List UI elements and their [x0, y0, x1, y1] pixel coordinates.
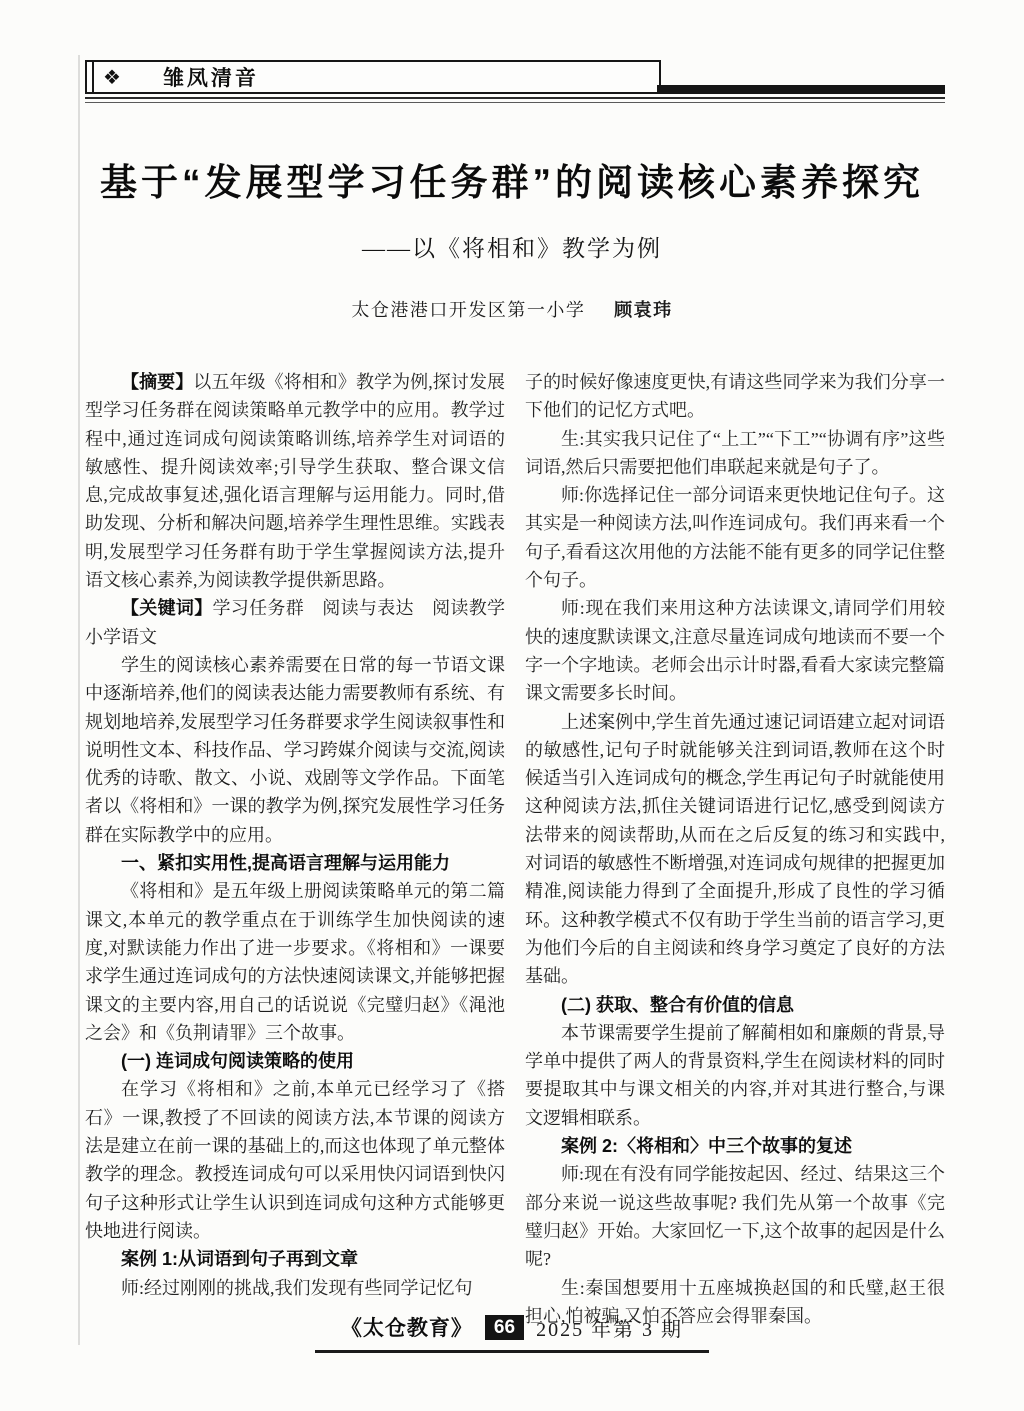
diamond-ornament-icon: ❖	[103, 67, 121, 87]
abstract-label: 【摘要】	[121, 372, 193, 392]
abstract-paragraph: 【摘要】以五年级《将相和》教学为例,探讨发展型学习任务群在阅读策略单元教学中的应…	[85, 368, 505, 594]
footer-line: 《太仓教育》 66 2025 年第 3 期	[315, 1312, 709, 1353]
section-1-2-heading: (二) 获取、整合有价值的信息	[525, 991, 945, 1019]
journal-page: ❖ 雏凤清音 基于“发展型学习任务群”的阅读核心素养探究 ——以《将相和》教学为…	[0, 0, 1024, 1411]
case-1-teacher-dialogue-continued: 子的时候好像速度更快,有请这些同学来为我们分享一下他们的记忆方式吧。	[525, 368, 945, 425]
case-1-heading: 案例 1:从词语到句子再到文章	[85, 1245, 505, 1273]
intro-paragraph: 学生的阅读核心素养需要在日常的每一节语文课中逐渐培养,他们的阅读表达能力需要教师…	[85, 651, 505, 849]
header-rule-top	[85, 97, 945, 99]
case-2-teacher-dialogue: 师:现在有没有同学能按起因、经过、结果这三个部分来说一说这些故事呢? 我们先从第…	[525, 1160, 945, 1273]
keywords-label: 【关键词】	[121, 598, 213, 618]
issue-label: 2025 年第 3 期	[536, 1313, 683, 1342]
author-affiliation: 太仓港港口开发区第一小学	[351, 300, 585, 320]
header-thick-bar	[657, 85, 945, 94]
right-column: 子的时候好像速度更快,有请这些同学来为我们分享一下他们的记忆方式吧。 生:其实我…	[525, 368, 945, 1330]
case-1-analysis-paragraph: 上述案例中,学生首先通过速记词语建立起对词语的敏感性,记句子时就能够关注到词语,…	[525, 708, 945, 991]
article-title: 基于“发展型学习任务群”的阅读核心素养探究	[60, 152, 964, 206]
section-1-paragraph: 《将相和》是五年级上册阅读策略单元的第二篇课文,本单元的教学重点在于训练学生加快…	[85, 877, 505, 1047]
article-subtitle: ——以《将相和》教学为例	[0, 230, 1024, 263]
page-footer: 《太仓教育》 66 2025 年第 3 期	[0, 1312, 1024, 1353]
left-column: 【摘要】以五年级《将相和》教学为例,探讨发展型学习任务群在阅读策略单元教学中的应…	[85, 368, 505, 1330]
header-rule-bottom	[85, 102, 945, 103]
case-1-teacher-dialogue-2: 师:你选择记住一部分词语来更快地记住句子。这其实是一种阅读方法,叫作连词成句。我…	[525, 481, 945, 594]
case-1-student-dialogue: 生:其实我只记住了“上工”“下工”“协调有序”这些词语,然后只需要把他们串联起来…	[525, 425, 945, 482]
case-1-teacher-dialogue-start: 师:经过刚刚的挑战,我们发现有些同学记忆句	[85, 1274, 505, 1302]
case-1-teacher-dialogue-3: 师:现在我们来用这种方法读课文,请同学们用较快的速度默读课文,注意尽量连词成句地…	[525, 594, 945, 707]
page-header: ❖ 雏凤清音	[85, 60, 945, 106]
page-number-badge: 66	[485, 1315, 524, 1340]
abstract-text: 以五年级《将相和》教学为例,探讨发展型学习任务群在阅读策略单元教学中的应用。教学…	[85, 372, 505, 590]
section-1-2-paragraph: 本节课需要学生提前了解蔺相如和廉颇的背景,导学单中提供了两人的背景资料,学生在阅…	[525, 1019, 945, 1132]
article-body: 【摘要】以五年级《将相和》教学为例,探讨发展型学习任务群在阅读策略单元教学中的应…	[85, 368, 945, 1330]
author-name: 顾袁玮	[614, 300, 673, 320]
column-title: 雏凤清音	[163, 62, 259, 92]
author-line: 太仓港港口开发区第一小学顾袁玮	[0, 296, 1024, 322]
case-2-heading: 案例 2:〈将相和〉中三个故事的复述	[525, 1132, 945, 1160]
section-1-1-paragraph: 在学习《将相和》之前,本单元已经学习了《搭石》一课,教授了不回读的阅读方法,本节…	[85, 1075, 505, 1245]
column-banner: ❖ 雏凤清音	[85, 60, 661, 94]
section-1-heading: 一、紧扣实用性,提高语言理解与运用能力	[85, 849, 505, 877]
journal-name: 《太仓教育》	[341, 1312, 473, 1342]
keywords-paragraph: 【关键词】学习任务群 阅读与表达 阅读教学 小学语文	[85, 594, 505, 651]
section-1-1-heading: (一) 连词成句阅读策略的使用	[85, 1047, 505, 1075]
